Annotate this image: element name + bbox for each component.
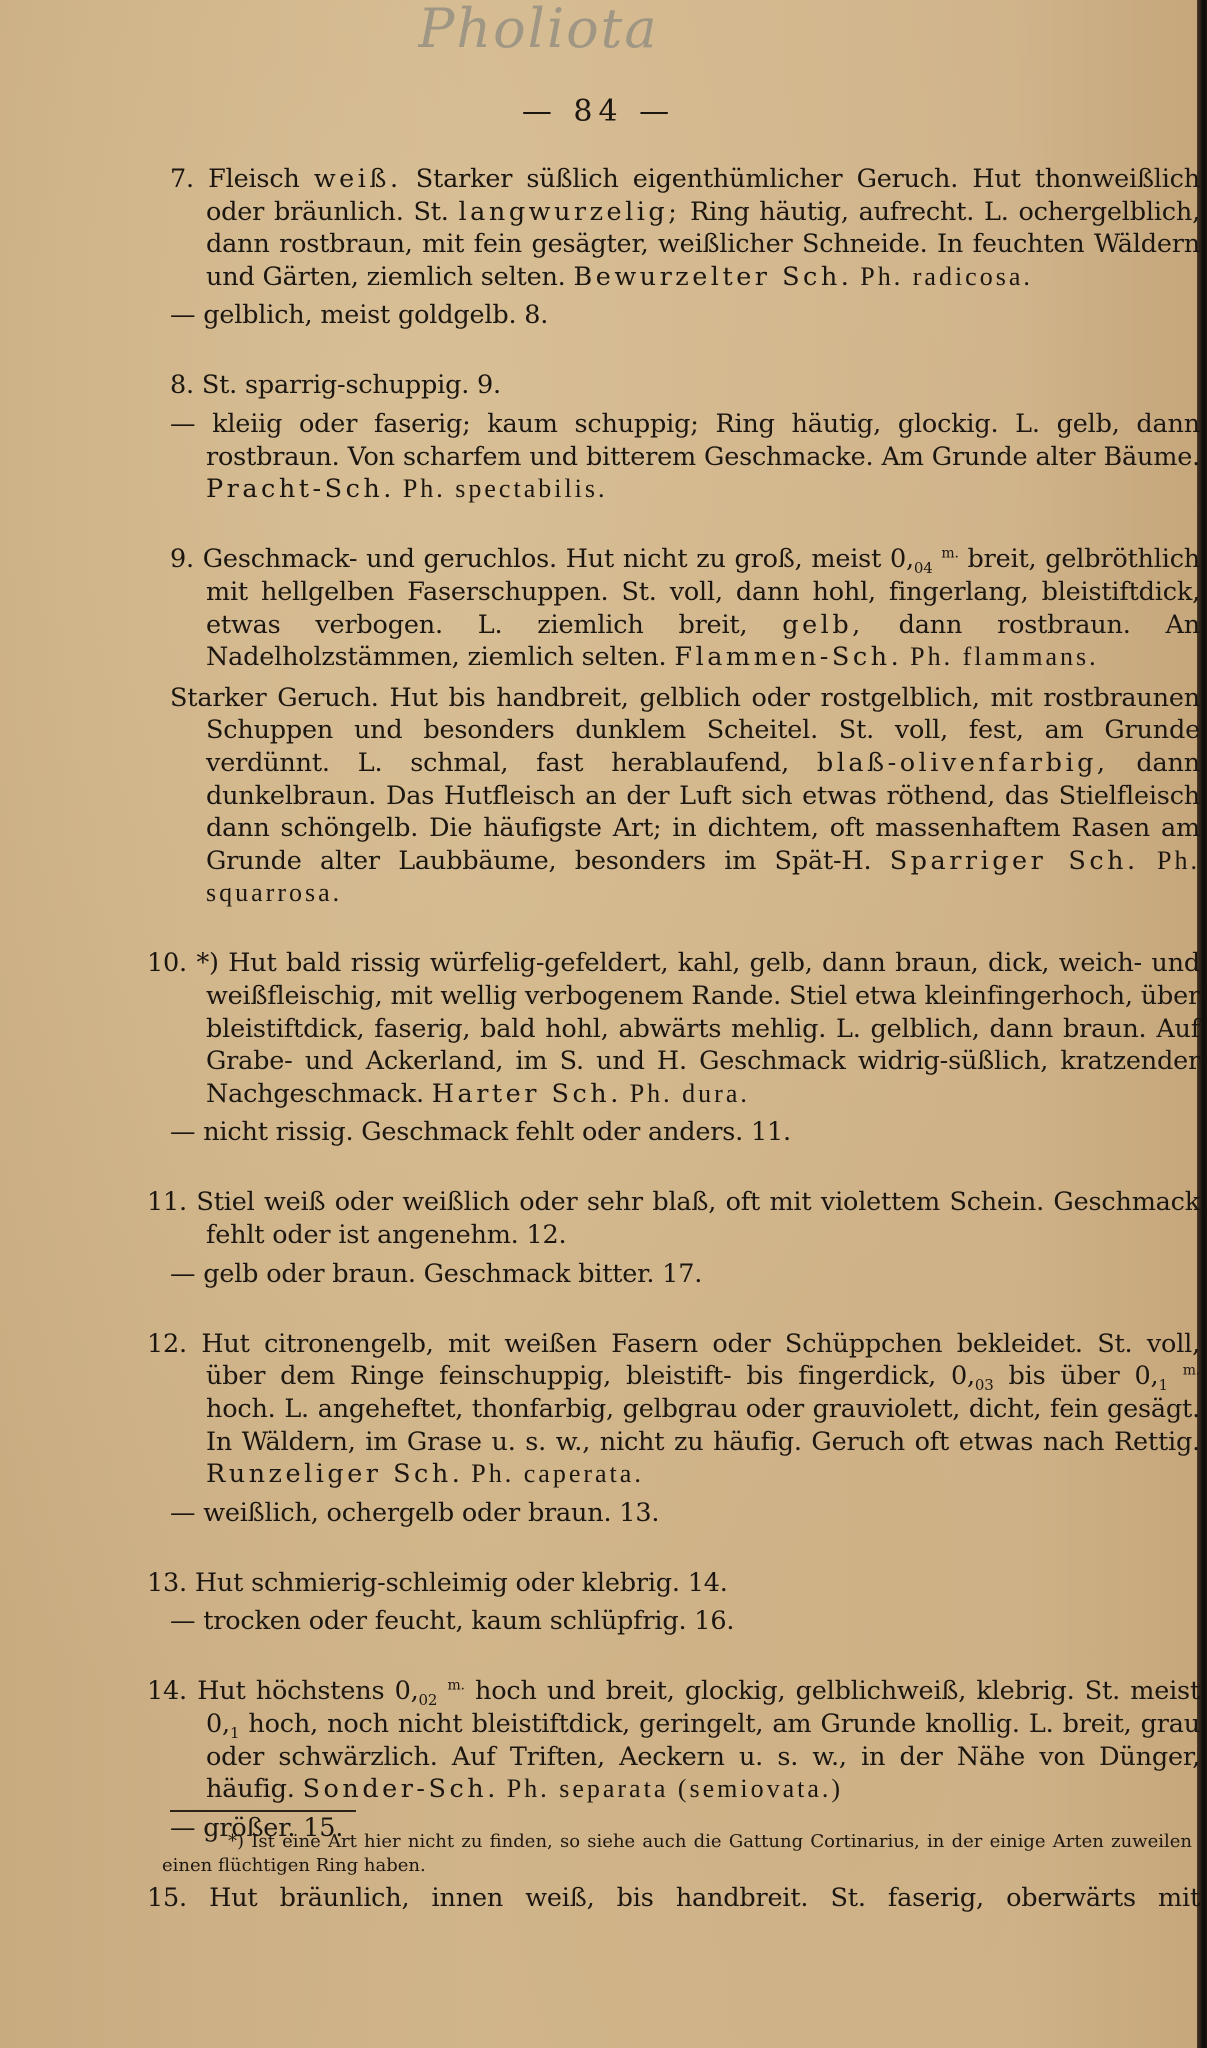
entry-text: Geschmack- und geruchlos. Hut nicht zu g…: [203, 544, 914, 574]
key-entry-12: 12. Hut citronengelb, mit weißen Fasern …: [147, 1328, 1200, 1530]
entry-text: Fleisch: [208, 164, 314, 194]
key-entry-9: 9. Geschmack- und geruchlos. Hut nicht z…: [170, 543, 1200, 910]
alternative-lead: — gelb oder braun. Geschmack bitter. 17.: [147, 1258, 1200, 1291]
latin-name: Ph. separata (semiovata.): [507, 1774, 843, 1803]
key-entry-7: 7. Fleisch weiß. Starker süßlich eigenth…: [170, 163, 1200, 332]
emphasized-text: blaß-olivenfar­big,: [817, 748, 1109, 778]
key-entry-10: 10. *) Hut bald rissig würfelig-gefelder…: [147, 947, 1200, 1149]
key-entry-15: 15. Hut bräunlich, innen weiß, bis handb…: [147, 1882, 1200, 1915]
emphasized-text: langwurzelig;: [459, 197, 681, 227]
entry-number: 7.: [170, 163, 194, 196]
entry-number: 14.: [147, 1675, 187, 1708]
footnote-text: Ist eine Art hier nicht zu finden, so si…: [162, 1831, 1192, 1876]
measurement-unit: m.: [447, 1678, 464, 1694]
latin-name: Ph. caperata.: [471, 1459, 644, 1488]
footnote-reference[interactable]: *): [196, 948, 218, 978]
footnote: *) Ist eine Art hier nicht zu finden, so…: [162, 1830, 1192, 1878]
latin-name: Ph. spectabilis.: [403, 474, 608, 503]
entry-text: Hut höchstens 0,: [197, 1676, 418, 1706]
measurement-value: 04: [914, 559, 933, 577]
key-text-body: 7. Fleisch weiß. Starker süßlich eigenth…: [170, 163, 1200, 1915]
emphasized-text: weiß.: [314, 164, 402, 194]
entry-text: bis über 0,: [994, 1361, 1159, 1391]
page-number: — 84 —: [0, 94, 1197, 129]
key-entry-11: 11. Stiel weiß oder weißlich oder sehr b…: [147, 1186, 1200, 1290]
footnote-mark: *): [228, 1831, 244, 1852]
entry-number: 8.: [170, 369, 194, 402]
entry-number: 13.: [147, 1567, 187, 1600]
measurement-value: 1: [230, 1724, 239, 1742]
measurement-unit: m.: [941, 546, 958, 562]
key-entry-13: 13. Hut schmierig-schleimig oder klebrig…: [147, 1567, 1200, 1638]
emphasized-text: gelb,: [782, 610, 864, 640]
key-entry-14: 14. Hut höchstens 0,02 m. hoch und breit…: [147, 1675, 1200, 1844]
key-entry-8: 8. St. sparrig-schuppig. 9. — kleiig ode…: [170, 369, 1200, 505]
common-name: Pracht-Sch.: [206, 474, 395, 504]
entry-number: 11.: [147, 1186, 187, 1219]
entry-number: 15.: [147, 1882, 187, 1915]
entry-text: St. sparrig-schuppig. 9.: [202, 370, 501, 400]
common-name: Sparriger Sch.: [890, 846, 1139, 876]
common-name: Bewurzelter Sch.: [574, 262, 853, 292]
measurement-unit: m.: [1183, 1363, 1200, 1379]
entry-number: 12.: [147, 1328, 187, 1361]
entry-text: hoch. L. angeheftet, thonfarbig, gelbgra…: [206, 1394, 1200, 1457]
measurement-value: 03: [975, 1376, 994, 1394]
measurement-value: 02: [419, 1692, 438, 1710]
common-name: Runzeliger Sch.: [206, 1459, 463, 1489]
common-name: Flammen-Sch.: [674, 642, 902, 672]
alternative-lead: — weißlich, ochergelb oder braun. 13.: [147, 1497, 1200, 1530]
entry-text: Hut bräunlich, innen weiß, bis handbreit…: [209, 1883, 1200, 1913]
latin-name: Ph. radicosa.: [860, 262, 1033, 291]
common-name: Harter Sch.: [432, 1079, 622, 1109]
alternative-lead: — kleiig oder faserig; kaum schuppig; Ri…: [170, 409, 1200, 472]
latin-name: Ph. dura.: [630, 1079, 750, 1108]
entry-text: Stiel weiß oder weißlich oder sehr blaß,…: [196, 1187, 1200, 1250]
alternative-lead: — trocken oder feucht, kaum schlüpfrig. …: [147, 1605, 1200, 1638]
alternative-lead: — gelblich, meist goldgelb. 8.: [170, 299, 1200, 332]
entry-text: Hut schmierig-schleimig oder klebrig. 14…: [195, 1568, 728, 1598]
footnote-divider: [170, 1810, 356, 1812]
entry-number: 9.: [170, 543, 194, 576]
latin-name: Ph. flammans.: [910, 642, 1099, 671]
handwritten-genus-note: Pholiota: [418, 0, 718, 58]
alternative-lead: — nicht rissig. Geschmack fehlt oder and…: [147, 1116, 1200, 1149]
common-name: Sonder-Sch.: [303, 1774, 499, 1804]
entry-number: 10.: [147, 947, 187, 980]
measurement-value: 1: [1158, 1376, 1167, 1394]
